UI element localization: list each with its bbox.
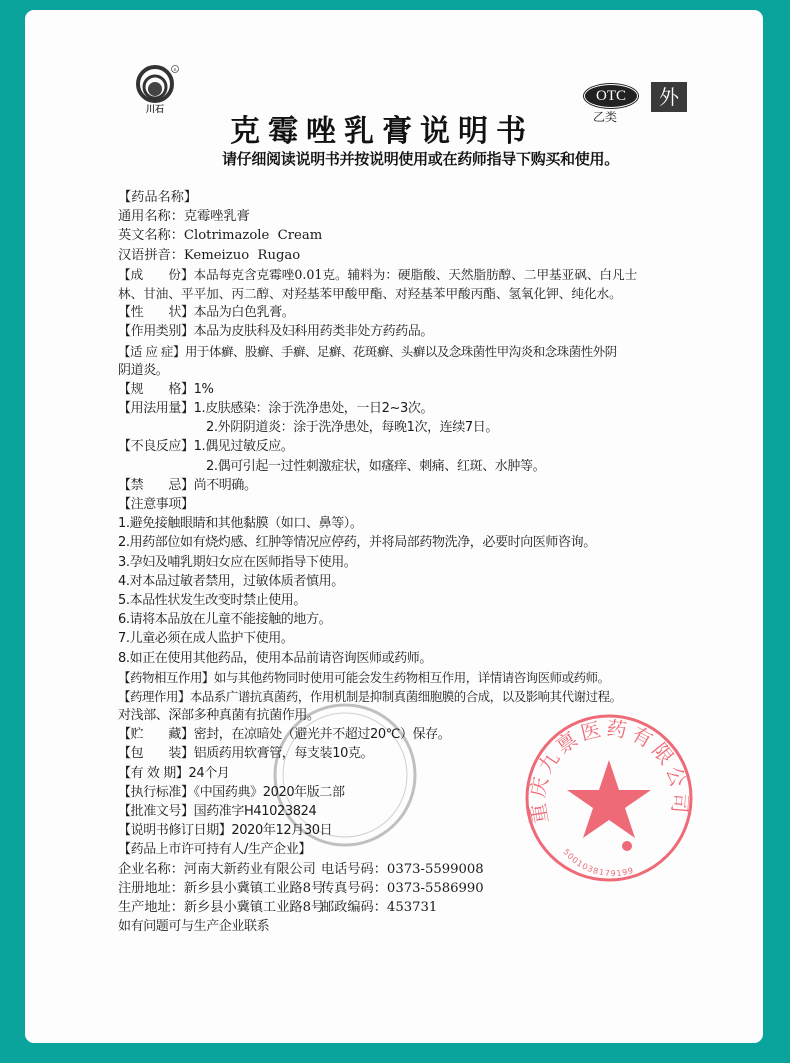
otc-class-label: 乙类	[593, 108, 617, 125]
dosage-line2: 2.外阴阴道炎：涂于洗净患处，每晚1次，连续7日。	[118, 418, 698, 437]
description: 【性 状】本品为白色乳膏。	[118, 303, 698, 322]
document-title: 克霉唑乳膏说明书	[230, 106, 570, 150]
packaging: 【包 装】铝质药用软膏管，每支装10克。	[118, 744, 698, 763]
registered-address: 注册地址：新乡县小冀镇工业路8号	[118, 879, 321, 898]
pharmacology-line1: 【药理作用】本品系广谱抗真菌药，作用机制是抑制真菌细胞膜的合成，以及影响其代谢过…	[118, 687, 698, 706]
precaution-item: 7.儿童必须在成人监护下使用。	[118, 629, 698, 648]
svg-text:川石: 川石	[146, 103, 164, 114]
postal-code: 邮政编码：453731	[321, 898, 437, 917]
indications-line1: 【适 应 症】用于体癣、股癣、手癣、足癣、花斑癣、头癣以及念珠菌性甲沟炎和念珠菌…	[118, 342, 698, 361]
brand-logo-icon: R 川石	[131, 64, 183, 114]
manufacturer-row: 企业名称：河南大新药业有限公司 电话号码：0373-5599008	[118, 860, 698, 879]
adverse-reactions-line2: 2.偶可引起一过性刺激症状，如瘙痒、刺痛、红斑、水肿等。	[118, 457, 698, 476]
company-name: 企业名称：河南大新药业有限公司	[118, 860, 321, 879]
precaution-item: 3.孕妇及哺乳期妇女应在医师指导下使用。	[118, 553, 698, 572]
english-name: 英文名称：Clotrimazole Cream	[118, 226, 698, 245]
manufacturer-row: 生产地址：新乡县小冀镇工业路8号 邮政编码：453731	[118, 898, 698, 917]
precaution-item: 8.如正在使用其他药品，使用本品前请咨询医师或药师。	[118, 649, 698, 668]
pharmacology-line2: 对浅部、深部多种真菌有抗菌作用。	[118, 706, 698, 725]
dosage-line1: 【用法用量】1.皮肤感染：涂于洗净患处，一日2~3次。	[118, 399, 698, 418]
approval-number: 【批准文号】国药准字H41023824	[118, 802, 698, 821]
precaution-item: 5.本品性状发生改变时禁止使用。	[118, 591, 698, 610]
section-drug-name-header: 【药品名称】	[118, 188, 698, 207]
fax-number: 传真号码：0373-5586990	[321, 879, 484, 898]
contraindications: 【禁 忌】尚不明确。	[118, 476, 698, 495]
precaution-item: 6.请将本品放在儿童不能接触的地方。	[118, 610, 698, 629]
specification: 【规 格】1%	[118, 380, 698, 399]
shelf-life: 【有 效 期】24个月	[118, 764, 698, 783]
precaution-item: 4.对本品过敏者禁用，过敏体质者慎用。	[118, 572, 698, 591]
ingredients-line2: 林、甘油、平平加、丙二醇、对羟基苯甲酸甲酯、对羟基苯甲酸丙酯、氢氧化钾、纯化水。	[118, 284, 698, 303]
precautions-header: 【注意事项】	[118, 495, 698, 514]
storage: 【贮 藏】密封，在凉暗处（避光并不超过20℃）保存。	[118, 725, 698, 744]
pinyin-name: 汉语拼音：Kemeizuo Rugao	[118, 246, 698, 265]
svg-text:R: R	[173, 67, 177, 72]
interactions: 【药物相互作用】如与其他药物同时使用可能会发生药物相互作用，详情请咨询医师或药师…	[118, 668, 698, 687]
document-subtitle: 请仔细阅读说明书并按说明使用或在药师指导下购买和使用。	[222, 148, 619, 169]
revision-date: 【说明书修订日期】2020年12月30日	[118, 821, 698, 840]
generic-name: 通用名称：克霉唑乳膏	[118, 207, 698, 226]
phone-number: 电话号码：0373-5599008	[321, 860, 484, 879]
adverse-reactions-line1: 【不良反应】1.偶见过敏反应。	[118, 437, 698, 456]
manufacturer-header: 【药品上市许可持有人/生产企业】	[118, 840, 698, 859]
otc-badge: OTC	[584, 84, 638, 108]
standard: 【执行标准】《中国药典》2020年版二部	[118, 783, 698, 802]
precaution-item: 2.用药部位如有烧灼感、红肿等情况应停药，并将局部药物洗净，必要时向医师咨询。	[118, 533, 698, 552]
external-use-badge: 外	[651, 82, 687, 112]
category: 【作用类别】本品为皮肤科及妇科用药类非处方药药品。	[118, 322, 698, 341]
manufacturer-row: 注册地址：新乡县小冀镇工业路8号 传真号码：0373-5586990	[118, 879, 698, 898]
production-address: 生产地址：新乡县小冀镇工业路8号	[118, 898, 321, 917]
precaution-item: 1.避免接触眼睛和其他黏膜（如口、鼻等）。	[118, 514, 698, 533]
indications-line2: 阴道炎。	[118, 361, 698, 380]
footer-note: 如有问题可与生产企业联系	[118, 917, 698, 936]
ingredients-line1: 【成 份】本品每克含克霉唑0.01克。辅料为：硬脂酸、天然脂肪醇、二甲基亚砜、白…	[118, 265, 698, 284]
document-body: 【药品名称】 通用名称：克霉唑乳膏 英文名称：Clotrimazole Crea…	[118, 188, 698, 936]
